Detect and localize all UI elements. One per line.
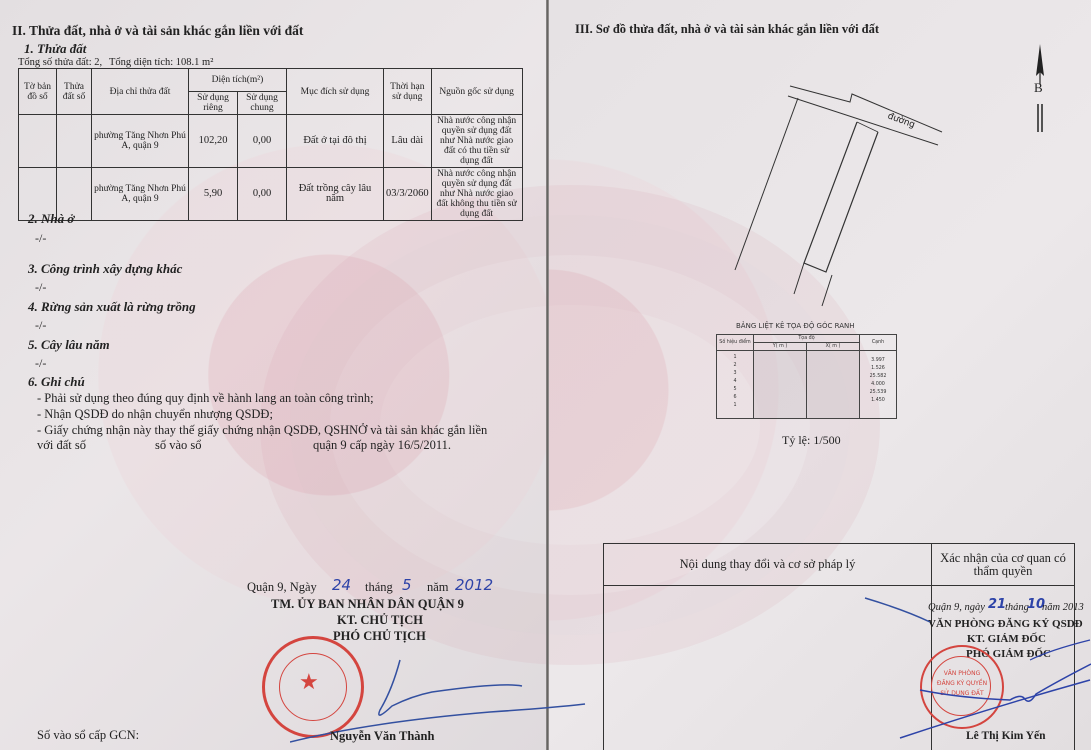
table-row: phường Tăng Nhơn Phú A, quận 9 5,90 0,00…: [19, 168, 523, 221]
cell-address: phường Tăng Nhơn Phú A, quận 9: [92, 168, 189, 221]
cell-area-shared: 0,00: [238, 168, 287, 221]
note-line-b: số vào sổ: [155, 438, 202, 453]
edge-length: 3.997: [862, 357, 894, 365]
th-area-private: Sử dụng riêng: [189, 92, 238, 115]
signer-name-left: Nguyễn Văn Thành: [330, 729, 434, 744]
table-row: phường Tăng Nhơn Phú A, quận 9 102,20 0,…: [19, 115, 523, 168]
point-id: 5: [719, 386, 751, 394]
cell-purpose: Đất trồng cây lâu năm: [287, 168, 384, 221]
total-parcels: Tổng số thửa đất: 2,: [18, 57, 102, 68]
cell-term: Lâu dài: [384, 115, 432, 168]
point-id: 2: [719, 362, 751, 370]
notes-heading: 6. Ghi chú: [28, 374, 85, 390]
th-authority-confirm: Xác nhận của cơ quan có thẩm quyền: [932, 544, 1075, 586]
edge-length: 4.000: [862, 381, 894, 389]
signature-yen: [860, 590, 1091, 750]
coord-table: Số hiệu điểm Tọa độ Cạnh Y( m ) X( m ) 1…: [716, 334, 897, 419]
cell-purpose: Đất ở tại đô thị: [287, 115, 384, 168]
note-line: - Phải sử dụng theo đúng quy định về hàn…: [37, 391, 374, 406]
note-line-c: quận 9 cấp ngày 16/5/2011.: [313, 438, 451, 453]
cell-parcel-no: [57, 115, 92, 168]
issue-day: 24: [332, 576, 351, 594]
land-heading: 1. Thửa đất: [24, 41, 86, 57]
th-x: X( m ): [807, 343, 860, 351]
section-title-iii: III. Sơ đồ thửa đất, nhà ở và tài sản kh…: [575, 22, 879, 37]
issuing-org: TM. ỦY BAN NHÂN DÂN QUẬN 9: [271, 597, 464, 612]
registry-label: Số vào sổ cấp GCN:: [37, 728, 139, 743]
note-line: - Giấy chứng nhận này thay thế giấy chứn…: [37, 423, 487, 438]
parcel-table: Tờ bản đồ số Thửa đất số Địa chỉ thửa đấ…: [18, 68, 523, 221]
cell-address: phường Tăng Nhơn Phú A, quận 9: [92, 115, 189, 168]
page-fold: [546, 0, 549, 750]
section-value: -/-: [35, 318, 46, 333]
cell-area-private: 5,90: [189, 168, 238, 221]
th-coords: Tọa độ: [754, 335, 860, 343]
th-area-group: Diện tích(m²): [189, 69, 287, 92]
issue-month-label: tháng: [365, 580, 393, 595]
coord-edges: 3.9971.52625.5824.00025.5391.450: [860, 351, 897, 419]
cell-term: 03/3/2060: [384, 168, 432, 221]
th-area-shared: Sử dụng chung: [238, 92, 287, 115]
th-address: Địa chỉ thửa đất: [92, 69, 189, 115]
parcel-sketch: [720, 70, 980, 310]
scale-label: Tỷ lệ: 1/500: [782, 433, 841, 448]
point-id: 3: [719, 370, 751, 378]
cell-origin: Nhà nước công nhận quyền sử dụng đất như…: [431, 168, 522, 221]
section-value: -/-: [35, 231, 46, 246]
cell-map-sheet: [19, 115, 57, 168]
role-kt-chu-tich: KT. CHỦ TỊCH: [337, 613, 423, 628]
th-edge: Cạnh: [860, 335, 897, 351]
cell-y: [754, 351, 807, 419]
issue-year: 2012: [455, 576, 493, 594]
edge-length: 1.526: [862, 365, 894, 373]
point-id: 1: [719, 402, 751, 410]
coord-table-title: BẢNG LIỆT KÊ TỌA ĐỘ GÓC RANH: [736, 322, 854, 330]
issue-date-prefix: Quận 9, Ngày: [247, 580, 317, 595]
coord-points: 1234561: [717, 351, 754, 419]
total-area: Tổng diện tích: 108.1 m²: [109, 57, 213, 68]
signer-name-right: Lê Thị Kim Yến: [966, 730, 1046, 742]
cell-area-private: 102,20: [189, 115, 238, 168]
th-purpose: Mục đích sử dụng: [287, 69, 384, 115]
th-map-sheet: Tờ bản đồ số: [19, 69, 57, 115]
point-id: 1: [719, 354, 751, 362]
section-value: -/-: [35, 356, 46, 371]
section-heading: 5. Cây lâu năm: [28, 337, 110, 353]
th-origin: Nguồn gốc sử dụng: [431, 69, 522, 115]
section-heading: 3. Công trình xây dựng khác: [28, 261, 182, 277]
th-y: Y( m ): [754, 343, 807, 351]
note-line-a: với đất số: [37, 438, 86, 453]
edge-length: 1.450: [862, 397, 894, 405]
edge-length: 25.539: [862, 389, 894, 397]
th-term: Thời hạn sử dụng: [384, 69, 432, 115]
cell-area-shared: 0,00: [238, 115, 287, 168]
section-value: -/-: [35, 280, 46, 295]
cell-origin: Nhà nước công nhận quyền sử dụng đất như…: [431, 115, 522, 168]
point-id: 4: [719, 378, 751, 386]
issue-year-label: năm: [427, 580, 449, 595]
note-line: - Nhận QSDĐ do nhận chuyển nhượng QSDĐ;: [37, 407, 273, 422]
th-parcel-no: Thửa đất số: [57, 69, 92, 115]
cell-x: [807, 351, 860, 419]
section-heading: 4. Rừng sản xuất là rừng trồng: [28, 299, 196, 315]
section-heading: 2. Nhà ở: [28, 211, 74, 227]
north-label: B: [1034, 80, 1043, 96]
th-change-content: Nội dung thay đổi và cơ sở pháp lý: [604, 544, 932, 586]
th-point: Số hiệu điểm: [717, 335, 754, 351]
issue-month: 5: [402, 576, 412, 594]
edge-length: 25.582: [862, 373, 894, 381]
point-id: 6: [719, 394, 751, 402]
section-title-ii: II. Thửa đất, nhà ở và tài sản khác gắn …: [12, 23, 303, 39]
